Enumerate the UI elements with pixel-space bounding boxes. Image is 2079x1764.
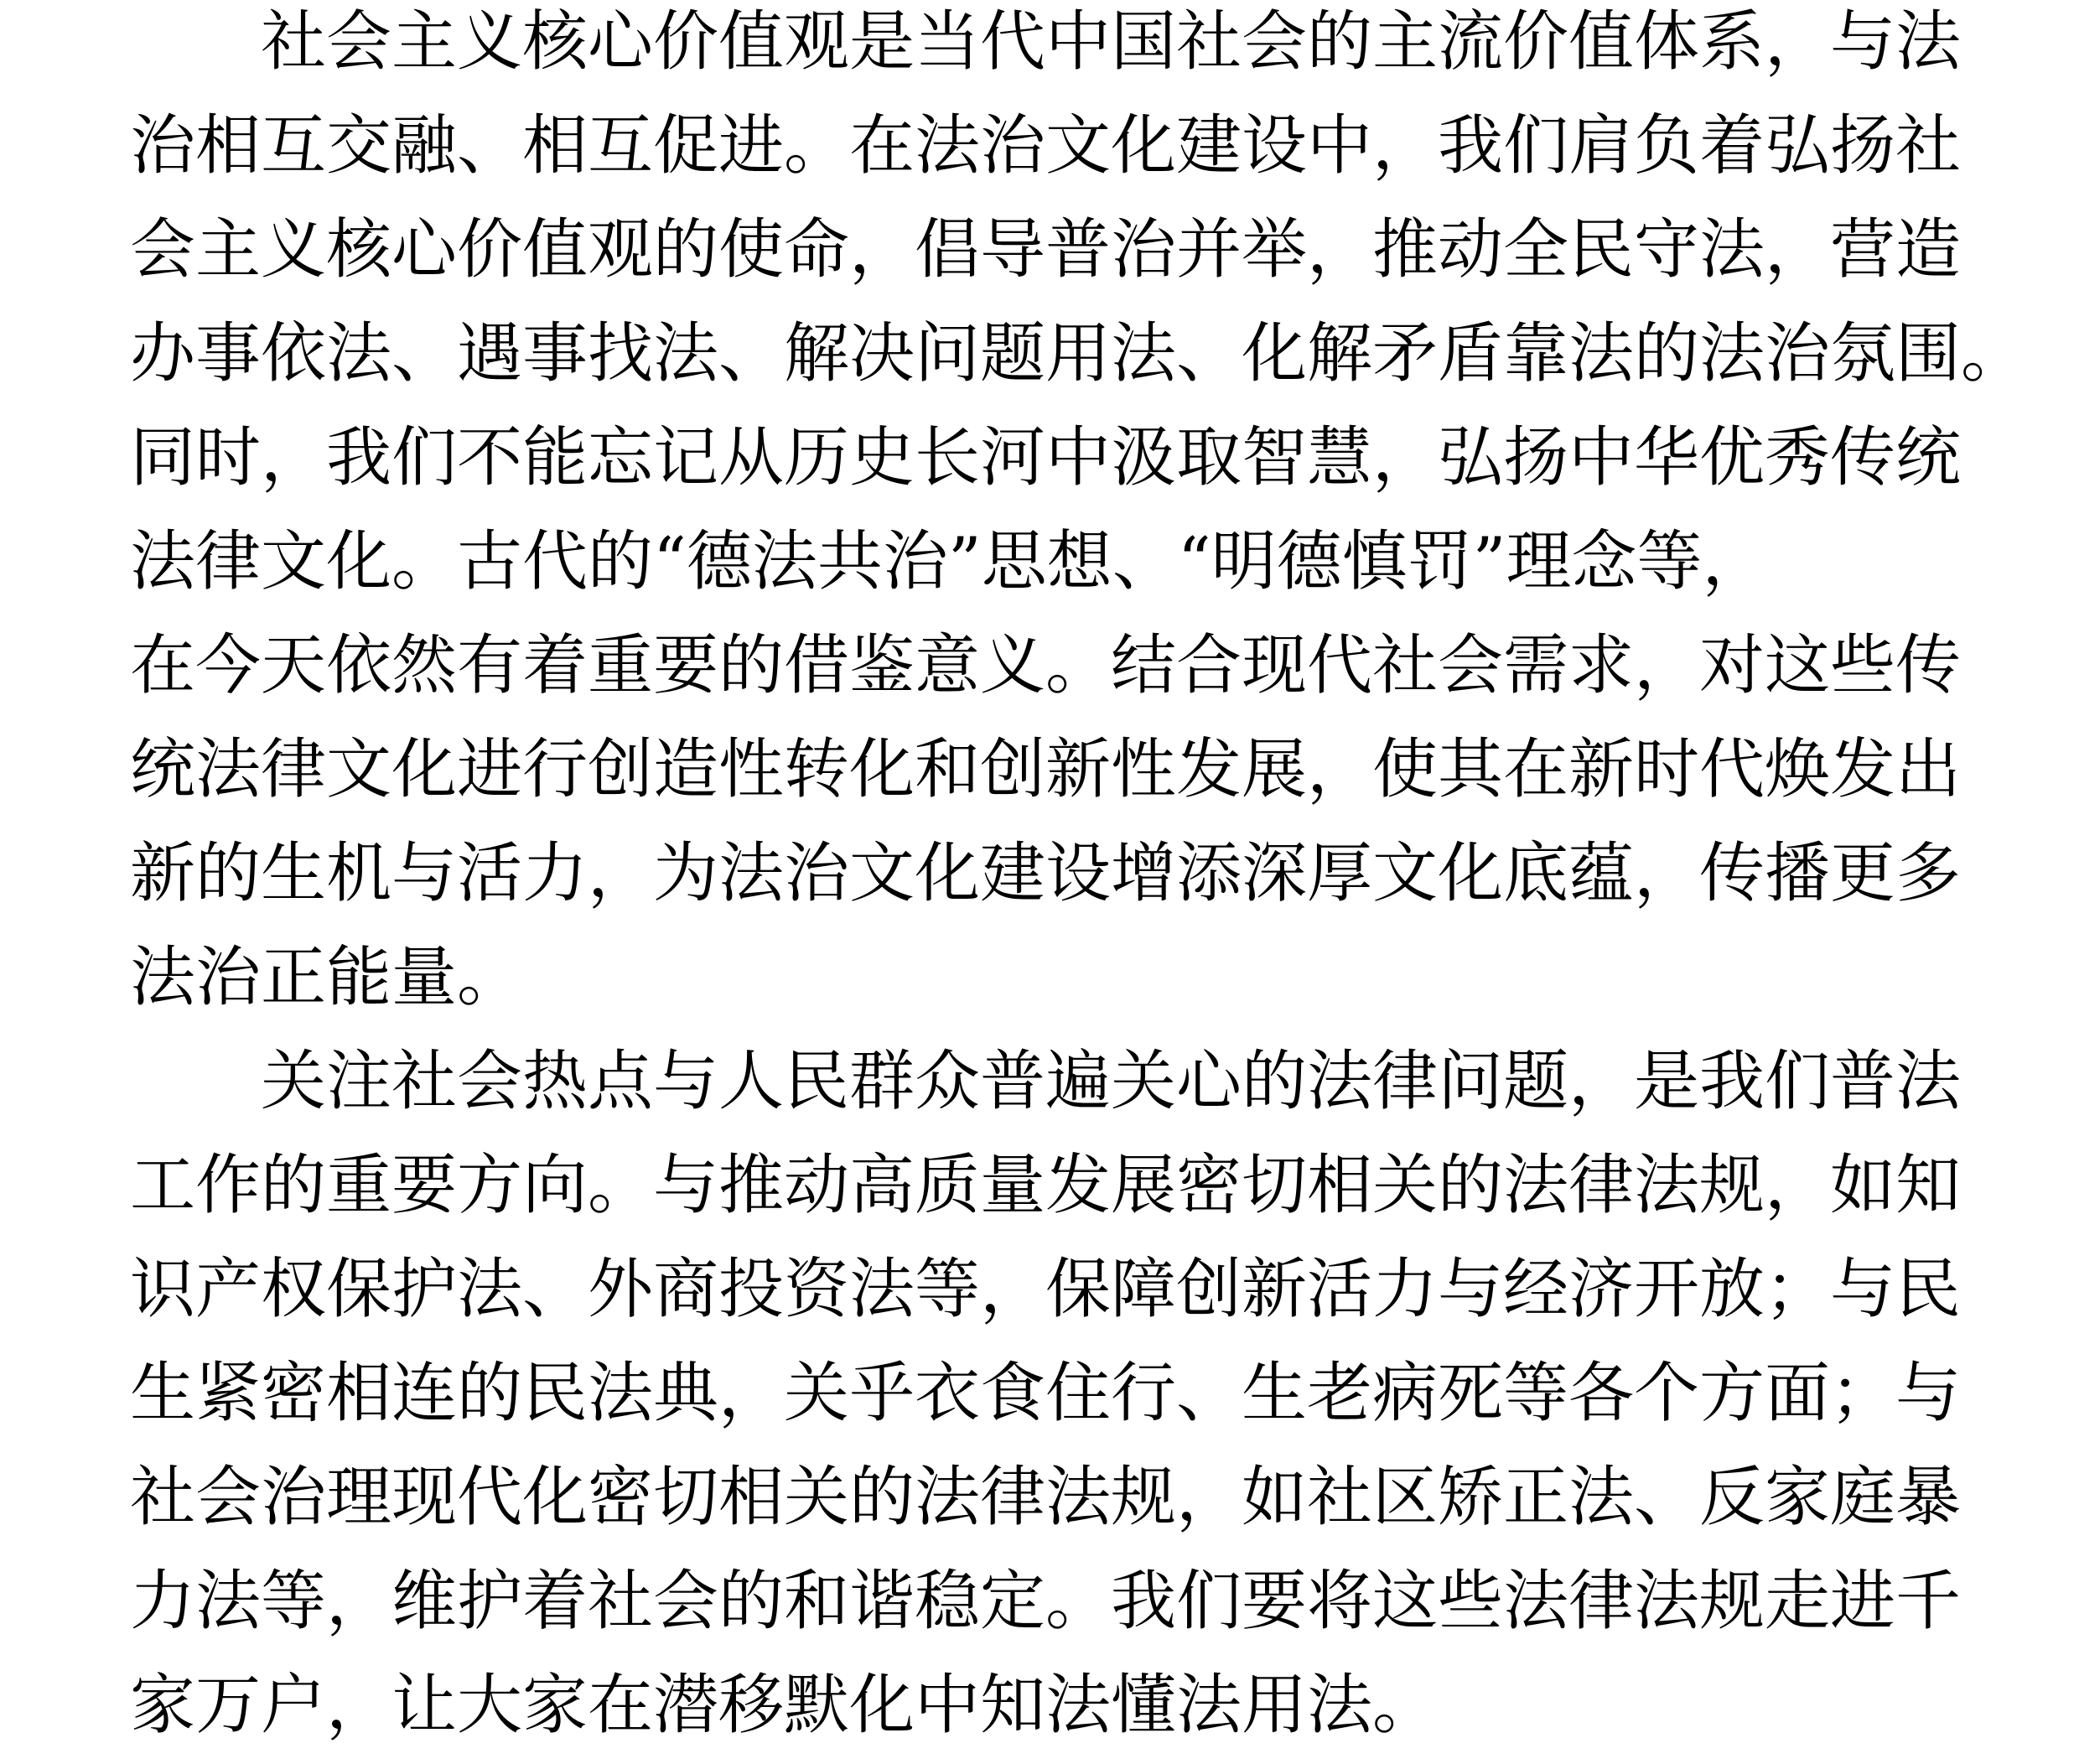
paragraph-line: 会主义核心价值观的使命，倡导普治并举，推动全民守法，营造: [130, 198, 1974, 302]
paragraph-1: 社会主义核心价值观是当代中国社会的主流价值体系，与法 治相互交融、相互促进。在法…: [130, 0, 1974, 1030]
paragraph-line: 新的生机与活力，为法治文化建设增添深厚文化底蕴，传播更多: [130, 822, 1974, 926]
paragraph-line: 法律文化。古代的“德法共治”思想、“明德慎罚”理念等，: [130, 510, 1974, 614]
paragraph-line: 法治正能量。: [130, 926, 1974, 1030]
paragraph-line: 同时，我们不能忘记从历史长河中汲取智慧，弘扬中华优秀传统: [130, 406, 1974, 510]
paragraph-line: 工作的重要方向。与推动高质量发展密切相关的法律法规，如知: [130, 1134, 1974, 1237]
document-page: 社会主义核心价值观是当代中国社会的主流价值体系，与法 治相互交融、相互促进。在法…: [0, 0, 2079, 1764]
paragraph-2: 关注社会热点与人民群众普遍关心的法律问题，是我们普法 工作的重要方向。与推动高质…: [130, 1030, 1974, 1757]
paragraph-line: 家万户，让大家在潜移默化中知法懂法用法。: [130, 1653, 1974, 1757]
document-body: 社会主义核心价值观是当代中国社会的主流价值体系，与法 治相互交融、相互促进。在法…: [130, 0, 1974, 1757]
paragraph-line: 关注社会热点与人民群众普遍关心的法律问题，是我们普法: [130, 1030, 1974, 1134]
paragraph-line: 社会主义核心价值观是当代中国社会的主流价值体系，与法: [130, 0, 1974, 94]
paragraph-line: 统法律文化进行创造性转化和创新性发展，使其在新时代焕发出: [130, 718, 1974, 822]
paragraph-line: 办事依法、遇事找法、解决问题用法、化解矛盾靠法的法治氛围。: [130, 302, 1974, 406]
paragraph-line: 生紧密相连的民法典，关乎衣食住行、生老病死等各个方面；与: [130, 1341, 1974, 1445]
paragraph-line: 治相互交融、相互促进。在法治文化建设中，我们肩负着弘扬社: [130, 94, 1974, 198]
paragraph-line: 在今天依然有着重要的借鉴意义。结合现代社会需求，对这些传: [130, 614, 1974, 718]
paragraph-line: 社会治理现代化密切相关的法律法规，如社区矫正法、反家庭暴: [130, 1445, 1974, 1549]
paragraph-line: 识产权保护法、外商投资法等，保障创新活力与经济开放；与民: [130, 1237, 1974, 1341]
paragraph-line: 力法等，维护着社会的和谐稳定。我们要将这些法律法规走进千: [130, 1549, 1974, 1653]
